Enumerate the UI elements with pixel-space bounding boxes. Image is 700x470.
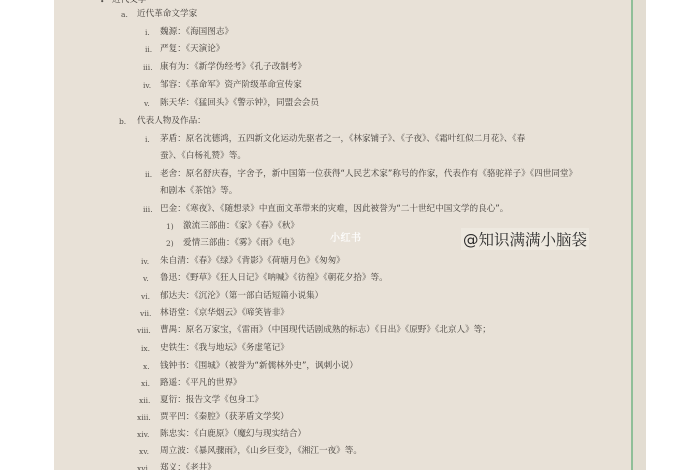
list-item: 巴金：《寒夜》、《随想录》中直面文革带来的灾难，因此被誉为“二十世纪中国文学的良… xyxy=(160,204,508,215)
list-item: 郑义：《老井》 xyxy=(160,463,216,470)
list-item: 陈忠实：《白鹿原》（魔幻与现实结合） xyxy=(160,429,306,440)
list-marker: iii. xyxy=(143,204,153,215)
list-marker: x. xyxy=(143,361,150,372)
list-item: 钱钟书：《围城》（被誉为“新儒林外史”，讽刺小说） xyxy=(160,361,358,372)
sub-list-item: 激流三部曲：《家》《春》《秋》 xyxy=(183,221,299,232)
list-item: 史铁生：《我与地坛》《务虚笔记》 xyxy=(160,343,289,354)
list-marker: i. xyxy=(145,134,150,145)
list-item: 朱自清：《春》《绿》《背影》《荷塘月色》《匆匆》 xyxy=(160,256,345,267)
group-heading-b: 代表人物及作品： xyxy=(137,116,206,127)
list-marker: 1) xyxy=(166,221,174,232)
list-marker: xvi. xyxy=(137,463,150,470)
section-heading: 近代文学 xyxy=(112,0,146,6)
list-item: 老舍：原名舒庆春，字舍予，新中国第一位获得“人民艺术家”称号的作家，代表作有《骆… xyxy=(160,169,577,180)
list-item-continuation: 蚕》、《白杨礼赞》等。 xyxy=(160,151,246,162)
list-marker: viii. xyxy=(137,325,151,336)
bullet-marker: • xyxy=(100,0,104,7)
list-marker: 2) xyxy=(166,238,174,249)
list-marker: a. xyxy=(121,9,128,20)
list-item: 夏衍：报告文学《包身工》 xyxy=(160,395,263,406)
list-item: 林语堂：《京华烟云》《啼笑皆非》 xyxy=(160,308,289,319)
list-marker: i. xyxy=(145,27,150,38)
list-marker: xiii. xyxy=(137,412,151,423)
sub-list-item: 爱情三部曲：《雾》《雨》《电》 xyxy=(183,238,299,249)
list-item: 路遥：《平凡的世界》 xyxy=(160,378,242,389)
platform-watermark: 小红书 xyxy=(330,229,362,244)
list-marker: xiv. xyxy=(137,429,149,440)
list-item: 陈天华：《猛回头》《警示钟》，同盟会会员 xyxy=(160,98,319,109)
list-marker: b. xyxy=(119,116,126,127)
author-handle-watermark: @知识满满小脑袋 xyxy=(461,228,589,250)
list-marker: xv. xyxy=(139,446,149,457)
list-marker: vi. xyxy=(141,291,150,302)
list-marker: v. xyxy=(144,98,150,109)
list-marker: vii. xyxy=(140,308,151,319)
list-marker: iii. xyxy=(143,62,153,73)
list-marker: ii. xyxy=(145,44,152,55)
list-marker: ix. xyxy=(141,343,150,354)
list-marker: iv. xyxy=(141,256,149,267)
list-item: 周立波：《暴风骤雨》，《山乡巨变》，《湘江一夜》等。 xyxy=(160,446,362,457)
list-marker: ii. xyxy=(145,169,152,180)
list-item: 邹容：《革命军》资产阶级革命宣传家 xyxy=(160,80,302,91)
group-heading-a: 近代革命文学家 xyxy=(137,9,197,20)
list-item: 严复：《天演论》 xyxy=(160,44,224,55)
list-marker: v. xyxy=(143,273,149,284)
list-item: 康有为：《新学伪经考》《孔子改制考》 xyxy=(160,62,306,73)
list-marker: xi. xyxy=(141,378,150,389)
page-edge xyxy=(633,0,646,470)
list-item: 魏源：《海国图志》 xyxy=(160,27,233,38)
list-item: 曹禺：原名万家宝，《雷雨》（中国现代话剧成熟的标志）《日出》《原野》《北京人》等… xyxy=(160,325,491,336)
list-item: 郁达夫：《沉沦》（第一部白话短篇小说集） xyxy=(160,291,323,302)
list-marker: xii. xyxy=(139,395,150,406)
list-item: 茅盾：原名沈德鸿，五四新文化运动先驱者之一，《林家铺子》、《子夜》、《霜叶红似二… xyxy=(160,134,525,145)
list-item: 鲁迅：《野草》《狂人日记》《呐喊》《彷徨》《朝花夕拾》等。 xyxy=(160,273,388,284)
list-item-continuation: 和剧本《茶馆》等。 xyxy=(160,186,237,197)
list-marker: iv. xyxy=(143,80,151,91)
list-item: 贾平凹：《秦腔》（获茅盾文学奖） xyxy=(160,412,289,423)
